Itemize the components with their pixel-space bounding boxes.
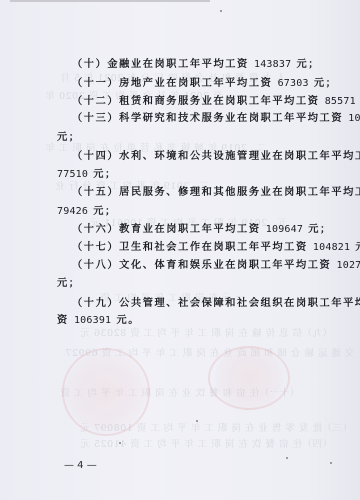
item-17: （十七）卫生和社会工作在岗职工年平均工资 104821 元； [72, 241, 360, 254]
scan-speck [196, 420, 198, 422]
item-11: （十一）房地产业在岗职工年平均工资 67303 元； [72, 77, 337, 90]
item-15-continuation: 79426 元； [57, 205, 117, 218]
bleed-through-text: （九）信 息 传 输 在 岗 职 工 年 平 均 工 资 82036 元 [80, 325, 332, 339]
scan-speck [330, 462, 332, 464]
item-14: （十四）水利、环境和公共设施管理业在岗职工年平均工资 [72, 150, 360, 162]
item-10: （十）金融业在岗职工年平均工资 143837 元； [72, 58, 320, 71]
document-page: 人 力 资 源 和 社 会 保 障 厅 公 布 2021 年 5 月 至 202… [0, 0, 360, 500]
official-seal-bleed [62, 348, 150, 436]
item-18: （十八）文化、体育和娱乐业在岗职工年平均工资 102755 [72, 259, 360, 272]
scan-edge [10, 0, 210, 2]
item-13-continuation: 元； [57, 131, 81, 143]
item-15: （十五）居民服务、修理和其他服务业在岗职工年平均工资 [72, 186, 360, 198]
item-19-continuation: 资 106391 元。 [57, 314, 140, 327]
official-seal-bleed [208, 346, 290, 410]
scan-speck [119, 442, 121, 444]
item-18-continuation: 元； [57, 277, 81, 289]
item-14-continuation: 77510 元； [57, 168, 117, 181]
page-number: — 4 — [64, 460, 97, 471]
item-19: （十九）公共管理、社会保障和社会组织在岗职工年平均工 [72, 297, 360, 309]
scan-speck [286, 457, 288, 459]
item-12: （十二）租赁和商务服务业在岗职工年平均工资 85571 元； [72, 95, 360, 108]
bleed-through-text: （四）住 宿 餐 饮 在 岗 职 工 年 平 均 工 资 41025 元 [80, 436, 332, 450]
item-16: （十六）教育业在岗职工年平均工资 109647 元； [72, 223, 332, 236]
scan-speck [220, 10, 222, 12]
item-13: （十三）科学研究和技术服务业在岗职工年平均工资 107913 [72, 112, 360, 125]
